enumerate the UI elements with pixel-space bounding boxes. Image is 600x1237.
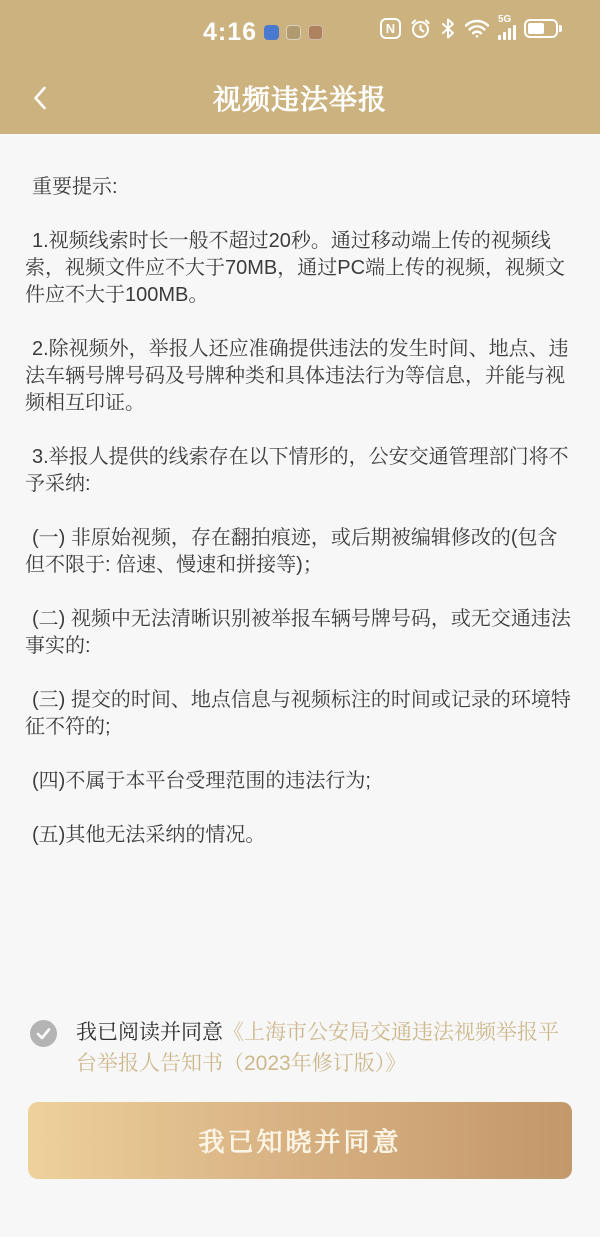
bluetooth-icon bbox=[440, 17, 456, 40]
5g-signal-icon: 5G bbox=[498, 17, 516, 40]
notice-heading: 重要提示: bbox=[25, 174, 575, 201]
agreement-prefix: 我已阅读并同意 bbox=[76, 1021, 223, 1044]
page-title: 视频违法举报 bbox=[213, 78, 387, 118]
agreement-row: 我已阅读并同意《上海市公安局交通违法视频举报平台举报人告知书（2023年修订版）… bbox=[0, 1017, 600, 1079]
notification-app-icon-blue bbox=[264, 25, 279, 40]
notification-app-icon-gray bbox=[286, 25, 301, 40]
confirm-agree-button[interactable]: 我已知晓并同意 bbox=[28, 1102, 572, 1179]
notice-content: 重要提示: 1.视频线索时长一般不超过20秒。通过移动端上传的视频线索，视频文件… bbox=[0, 134, 600, 849]
bottom-panel: 我已阅读并同意《上海市公安局交通违法视频举报平台举报人告知书（2023年修订版）… bbox=[0, 1017, 600, 1237]
notice-paragraph-3: 3.举报人提供的线索存在以下情形的，公安交通管理部门将不予采纳: bbox=[25, 444, 575, 498]
notice-paragraph-2: 2.除视频外，举报人还应准确提供违法的发生时间、地点、违法车辆号牌号码及号牌种类… bbox=[25, 336, 575, 417]
nav-bar: 视频违法举报 bbox=[0, 62, 600, 134]
notice-list-item-1: (一) 非原始视频，存在翻拍痕迹，或后期被编辑修改的(包含但不限于: 倍速、慢速… bbox=[25, 525, 575, 579]
notice-list-item-4: (四)不属于本平台受理范围的违法行为; bbox=[25, 768, 575, 795]
agreement-checkbox[interactable] bbox=[30, 1020, 57, 1047]
notification-app-icon-red bbox=[308, 25, 323, 40]
network-type-label: 5G bbox=[498, 15, 511, 25]
back-button[interactable] bbox=[20, 78, 60, 118]
status-bar-right: N 5G bbox=[380, 17, 558, 40]
status-bar: 4:16 N 5G bbox=[0, 0, 600, 62]
notice-list-item-2: (二) 视频中无法清晰识别被举报车辆号牌号码，或无交通违法事实的: bbox=[25, 606, 575, 660]
alarm-icon bbox=[409, 17, 432, 40]
check-icon bbox=[35, 1025, 52, 1042]
notice-list-item-3: (三) 提交的时间、地点信息与视频标注的时间或记录的环境特征不符的; bbox=[25, 687, 575, 741]
status-bar-left: 4:16 bbox=[203, 20, 323, 45]
chevron-left-icon bbox=[29, 83, 51, 113]
notice-paragraph-1: 1.视频线索时长一般不超过20秒。通过移动端上传的视频线索，视频文件应不大于70… bbox=[25, 228, 575, 309]
battery-icon bbox=[524, 19, 558, 38]
nfc-icon: N bbox=[380, 18, 401, 39]
notice-list-item-5: (五)其他无法采纳的情况。 bbox=[25, 822, 575, 849]
wifi-icon bbox=[464, 18, 490, 39]
clock: 4:16 bbox=[203, 20, 257, 45]
agreement-text: 我已阅读并同意《上海市公安局交通违法视频举报平台举报人告知书（2023年修订版）… bbox=[76, 1017, 572, 1079]
